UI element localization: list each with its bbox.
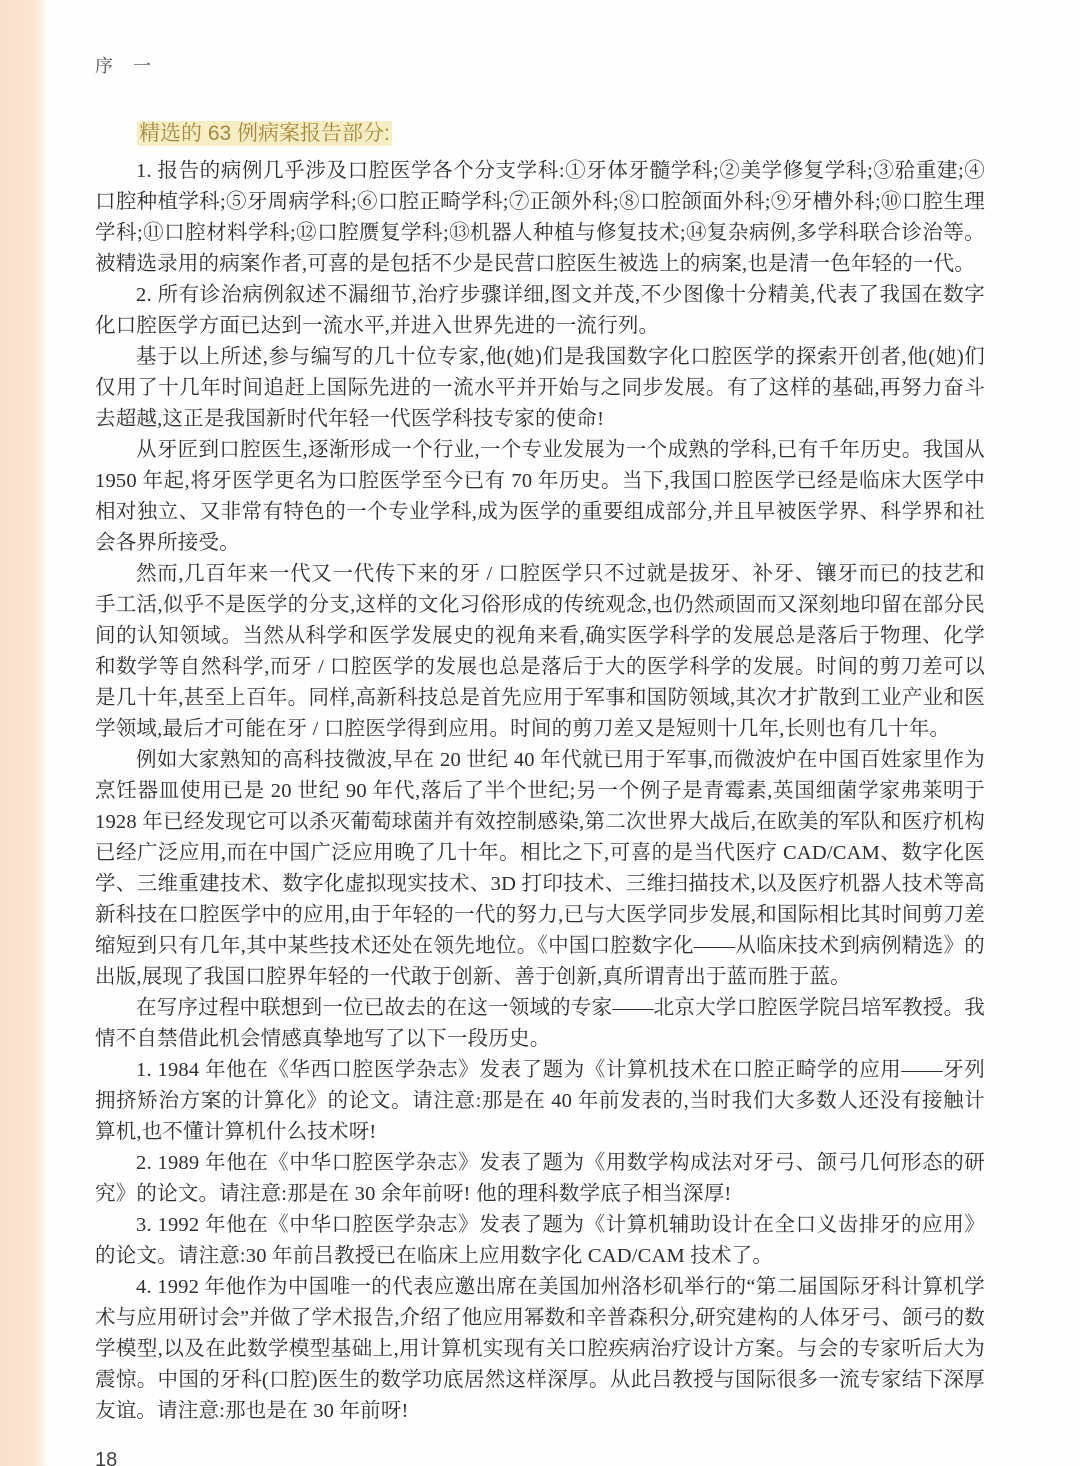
section-heading: 精选的 63 例病案报告部分: bbox=[137, 120, 985, 148]
paragraph: 然而,几百年来一代又一代传下来的牙 / 口腔医学只不过就是拔牙、补牙、镶牙而已的… bbox=[95, 559, 985, 745]
paragraph: 例如大家熟知的高科技微波,早在 20 世纪 40 年代就已用于军事,而微波炉在中… bbox=[95, 745, 985, 993]
section-heading-text: 精选的 63 例病案报告部分: bbox=[137, 121, 392, 146]
paragraph: 基于以上所述,参与编写的几十位专家,他(她)们是我国数字化口腔医学的探索开创者,… bbox=[95, 342, 985, 435]
chapter-header: 序 一 bbox=[95, 52, 985, 78]
left-margin-band bbox=[0, 0, 48, 1466]
paragraph: 2. 1989 年他在《中华口腔医学杂志》发表了题为《用数学构成法对牙弓、颌弓几… bbox=[95, 1148, 985, 1210]
page-content: 序 一 精选的 63 例病案报告部分: 1. 报告的病例几乎涉及口腔医学各个分支… bbox=[95, 0, 985, 1466]
page-number: 18 bbox=[95, 1449, 985, 1466]
paragraph: 4. 1992 年他作为中国唯一的代表应邀出席在美国加州洛杉矶举行的“第二届国际… bbox=[95, 1272, 985, 1427]
paragraph: 3. 1992 年他在《中华口腔医学杂志》发表了题为《计算机辅助设计在全口义齿排… bbox=[95, 1210, 985, 1272]
paragraph: 1. 1984 年他在《华西口腔医学杂志》发表了题为《计算机技术在口腔正畸学的应… bbox=[95, 1055, 985, 1148]
paragraph: 在写序过程中联想到一位已故去的在这一领域的专家——北京大学口腔医学院吕培军教授。… bbox=[95, 993, 985, 1055]
paragraph: 1. 报告的病例几乎涉及口腔医学各个分支学科:①牙体牙髓学科;②美学修复学科;③… bbox=[95, 156, 985, 280]
paragraph: 从牙匠到口腔医生,逐渐形成一个行业,一个专业发展为一个成熟的学科,已有千年历史。… bbox=[95, 435, 985, 559]
body-text: 1. 报告的病例几乎涉及口腔医学各个分支学科:①牙体牙髓学科;②美学修复学科;③… bbox=[95, 156, 985, 1427]
book-page: 序 一 精选的 63 例病案报告部分: 1. 报告的病例几乎涉及口腔医学各个分支… bbox=[0, 0, 1080, 1466]
paragraph: 2. 所有诊治病例叙述不漏细节,治疗步骤详细,图文并茂,不少图像十分精美,代表了… bbox=[95, 280, 985, 342]
